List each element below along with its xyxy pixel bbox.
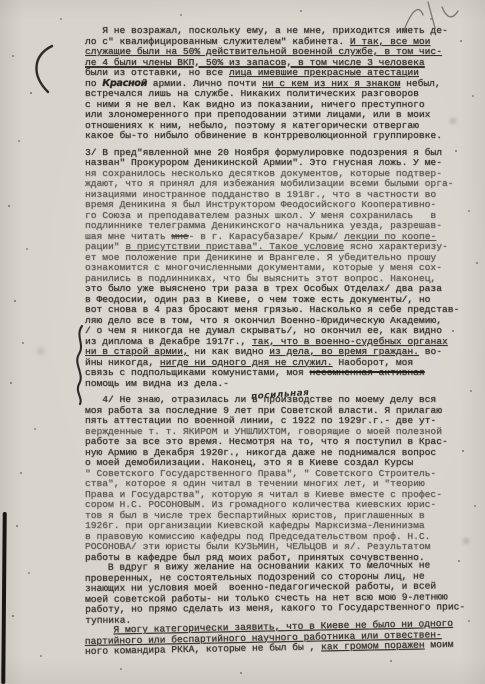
text-segment: мне xyxy=(171,231,188,242)
text-segment: ную Армию в Декабря 1920г., никогда даже… xyxy=(85,447,436,458)
text-segment: / о чем я никогда не думал скрывать/, но… xyxy=(85,325,442,336)
text-segment: рации" xyxy=(85,241,125,252)
text-segment: работу, но прямо сделать из меня, какого… xyxy=(85,601,465,615)
text-segment: " Советского Государственного Права", " … xyxy=(85,468,436,479)
paragraph: 4/ Не знаю, отразилась ли в производстве… xyxy=(85,395,477,563)
text-segment: активная xyxy=(373,367,425,378)
text-segment: ждают, что я принял для избежания мобили… xyxy=(85,178,453,189)
text-segment: Я не возражал, поскольку ему, а не мне, … xyxy=(85,25,448,36)
text-segment: - в г. Карасубазаре/ Крым/ xyxy=(189,231,344,242)
text-segment: о моей демобилизации. Наконец, это я в К… xyxy=(85,457,413,468)
text-segment: время Деникина я был Инструктором Феодос… xyxy=(85,199,436,210)
text-segment: тов я был в числе трех беспартийных юрис… xyxy=(85,510,425,521)
text-segment: И так, все мои xyxy=(350,36,431,47)
text-segment: пять аттестации по военной линии, с 1922… xyxy=(85,415,436,426)
text-segment: служащие были на 50% действительной воен… xyxy=(85,46,442,57)
text-segment: помощь им видна из дела.- xyxy=(85,378,229,389)
text-segment: вот снова в 4 раз бросают меня грязью. Н… xyxy=(85,304,459,315)
text-segment: сором Н.С. РОСОНОВЫМ. Из громадного коли… xyxy=(85,499,436,510)
text-segment: го Союза и преподавателем разных школ. У… xyxy=(85,210,436,221)
text-segment: Права и Государства", которую я читал в … xyxy=(85,489,442,500)
text-segment: армии. Лично почти xyxy=(147,78,262,89)
text-segment: низациями иностранное подданство в 1918г… xyxy=(85,189,436,200)
text-segment: это было уже выяснено три раза в трех Ос… xyxy=(85,283,442,294)
text-segment: какое бы-то нибыло обвинение в контррево… xyxy=(85,130,442,141)
scanned-typewritten-page: посильная Я не возражал, поскольку ему, … xyxy=(0,0,485,684)
text-segment: 4/ Не знаю, отразилась ли в производстве… xyxy=(85,394,436,405)
text-segment: встречался лишь на службе. Никаких полит… xyxy=(85,88,419,99)
paragraph: 3/ В пред"явленной мне 20 Ноября формули… xyxy=(85,148,477,390)
paragraph: Я не возражал, поскольку ему, а не мне, … xyxy=(85,26,477,142)
text-segment: подлиннике телеграмма Деникинского начал… xyxy=(85,220,442,231)
text-segment: ляю дело все в том, что я окончил Военно… xyxy=(85,315,442,326)
text-segment: Наоборот, моя xyxy=(333,357,414,368)
text-segment: лица имевшие прекрасные атестации xyxy=(229,67,419,78)
text-segment: ознакомится с многочисленными документам… xyxy=(85,262,442,273)
text-segment: ни в старой армии, xyxy=(85,346,189,357)
text-segment: по xyxy=(85,78,102,89)
text-line: РОСОНОВА/ эти юристы были КУЗЬМИН, ЧЕЛЬЦ… xyxy=(85,542,477,553)
text-segment: РОСОНОВА/ эти юристы были КУЗЬМИН, ЧЕЛЬЦ… xyxy=(85,541,430,552)
text-segment: были из отставки, но все xyxy=(85,67,229,78)
text-segment: моим xyxy=(425,639,454,651)
text-segment: лекции по коопе- xyxy=(344,231,436,242)
paragraph: Я могу категорически заявить, что в Киев… xyxy=(85,618,478,657)
text-segment: назван" Прокурором Деникинской Армии". Э… xyxy=(85,157,442,168)
text-segment: йны никогда, xyxy=(85,357,160,368)
text-segment: ранились в подлинниках, что бы выяснить … xyxy=(85,273,436,284)
text-segment: связь с подпольщиками комунистами, моя xyxy=(85,367,310,378)
text-line: ранились в подлинниках, что бы выяснить … xyxy=(85,274,477,285)
text-segment: в правовую комиссию кафедры под Председа… xyxy=(85,531,430,542)
paragraph: В вдруг я вижу желание на основании каки… xyxy=(85,560,477,626)
text-line: вержденные т. т. ЯКИРОМ и УНШЛИХТОМ, гов… xyxy=(85,427,477,438)
text-segment: ни с кем из них я знаком xyxy=(262,78,400,89)
page-edge-bar xyxy=(1,512,7,684)
text-segment: моя работа за последние 9 лет при Советс… xyxy=(85,405,442,416)
text-segment: ства", которое я один читал в течении мн… xyxy=(85,478,425,489)
handwritten-inline-word: Красной xyxy=(102,78,147,89)
document-body: Я не возражал, поскольку ему, а не мне, … xyxy=(85,26,477,658)
text-segment: ло с" квалифицированным служителем" каби… xyxy=(85,36,350,47)
text-segment: в присутствии пристава". Такое условие xyxy=(125,241,344,252)
text-segment: ни как видно xyxy=(189,346,270,357)
text-segment: как громом поражен xyxy=(321,639,425,652)
text-segment: 3/ В пред"явленной мне 20 Ноября формули… xyxy=(85,147,442,158)
text-segment: так, что в военно-судебных органах xyxy=(252,336,448,347)
text-segment: в Феодосии, один раз в Киеве, о чем тоже… xyxy=(85,294,430,305)
text-segment: ет мое положение при Деникине и Врангеле… xyxy=(85,252,436,263)
text-segment: ясно характеризу- xyxy=(344,241,448,252)
text-segment: вержденные т. т. ЯКИРОМ и УНШЛИХТОМ, гов… xyxy=(85,426,442,437)
text-segment: 1926г. при организации Киевской кафедры … xyxy=(85,520,425,531)
text-segment: из диплома в Декабре 1917г., xyxy=(85,336,252,347)
text-segment: несомненная xyxy=(310,367,373,378)
text-segment: во- xyxy=(419,346,442,357)
text-segment: шая мне читать xyxy=(85,231,171,242)
text-line: какое бы-то нибыло обвинение в контррево… xyxy=(85,131,477,142)
text-segment: нигде ни одного дня не служил. xyxy=(160,357,333,368)
text-segment: ле 4 были члены ВКП, 50% из запасов, в т… xyxy=(85,57,425,68)
text-segment: с ними я не вел. Как видно из показании,… xyxy=(85,99,425,110)
paper-noise-speckles xyxy=(0,0,2,2)
text-line: помощь им видна из дела.- xyxy=(85,379,477,390)
text-segment: работе за все это время. Несмотря на то,… xyxy=(85,436,448,447)
text-segment: или злономеренного при преподовании этим… xyxy=(85,109,430,120)
text-segment: ня сохранилось несколько десятков докуме… xyxy=(85,168,442,179)
text-segment: отношениях к ним, небыло, поэтому я кате… xyxy=(85,120,419,131)
text-segment: из дела, во время граждан. xyxy=(269,346,419,357)
text-segment: небыл, xyxy=(400,78,440,89)
margin-bracket-icon xyxy=(26,44,56,94)
